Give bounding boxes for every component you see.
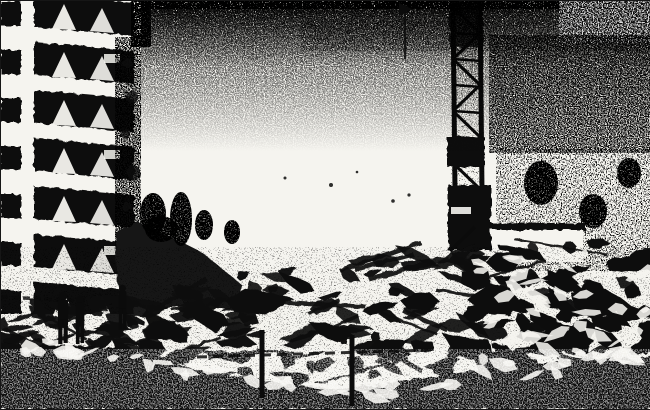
photo-canvas: Grainy black-and-white halftone news pho… xyxy=(1,1,650,409)
trees-right-upper xyxy=(489,35,650,153)
building-edge-grain xyxy=(115,37,141,253)
crane-base xyxy=(448,185,491,251)
building-corner-grain xyxy=(131,1,151,47)
rubble-pile xyxy=(1,238,650,409)
rubble-bottom-grain xyxy=(1,349,650,409)
halftone-photograph: Grainy black-and-white halftone news pho… xyxy=(0,0,650,410)
